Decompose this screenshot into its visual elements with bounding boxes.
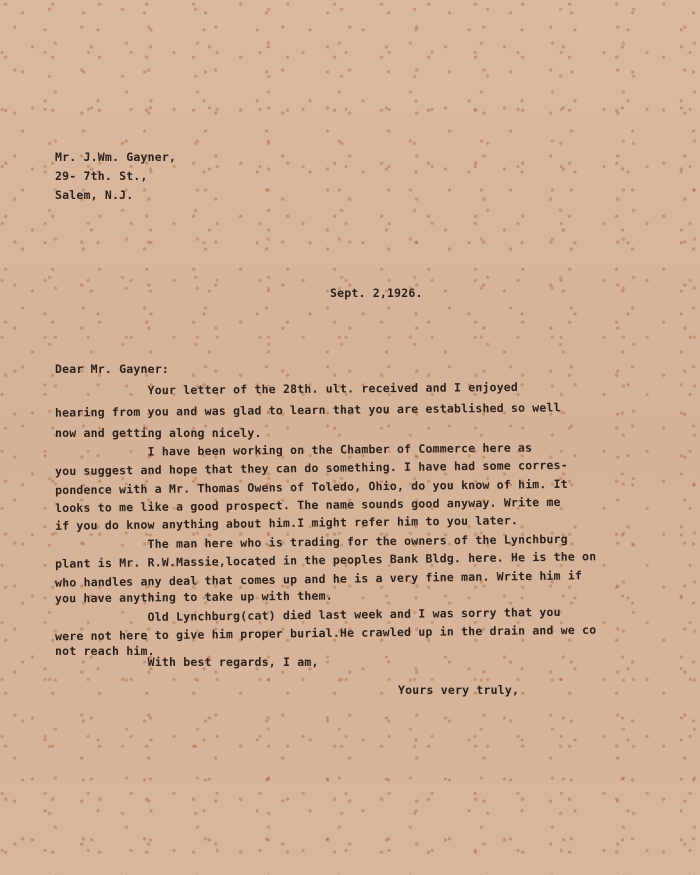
recipient-name: Mr. J.Wm. Gayner, — [55, 150, 176, 164]
body-line: Your letter of the 28th. ult. received a… — [55, 380, 518, 398]
body-line: hearing from you and was glad to learn t… — [55, 400, 561, 419]
body-line: With best regards, I am, — [55, 655, 319, 669]
body-line: who handles any deal that comes up and h… — [55, 568, 582, 589]
body-line: you have anything to take up with them. — [55, 589, 333, 606]
body-line: now and getting along nicely. — [55, 426, 262, 440]
closing: Yours very truly, — [398, 683, 519, 697]
salutation: Dear Mr. Gayner: — [55, 362, 169, 376]
typed-letter: Mr. J.Wm. Gayner, 29- 7th. St., Salem, N… — [0, 0, 700, 875]
body-line: The man here who is trading for the owne… — [55, 532, 568, 552]
recipient-city: Salem, N.J. — [55, 188, 133, 202]
body-line: you suggest and hope that they can do so… — [55, 458, 568, 478]
body-line: Old Lynchburg(cat) died last week and I … — [55, 605, 561, 625]
body-line: were not here to give him proper burial.… — [55, 623, 597, 644]
body-line: I have been working on the Chamber of Co… — [55, 441, 532, 460]
recipient-street: 29- 7th. St., — [55, 169, 148, 183]
body-line: plant is Mr. R.W.Massie,located in the p… — [55, 549, 597, 571]
letter-date: Sept. 2,1926. — [330, 286, 423, 300]
body-line: if you do know anything about him.I migh… — [55, 513, 518, 533]
body-line: looks to me like a good prospect. The na… — [55, 495, 561, 515]
body-line: pondence with a Mr. Thomas Owens of Tole… — [55, 477, 568, 497]
